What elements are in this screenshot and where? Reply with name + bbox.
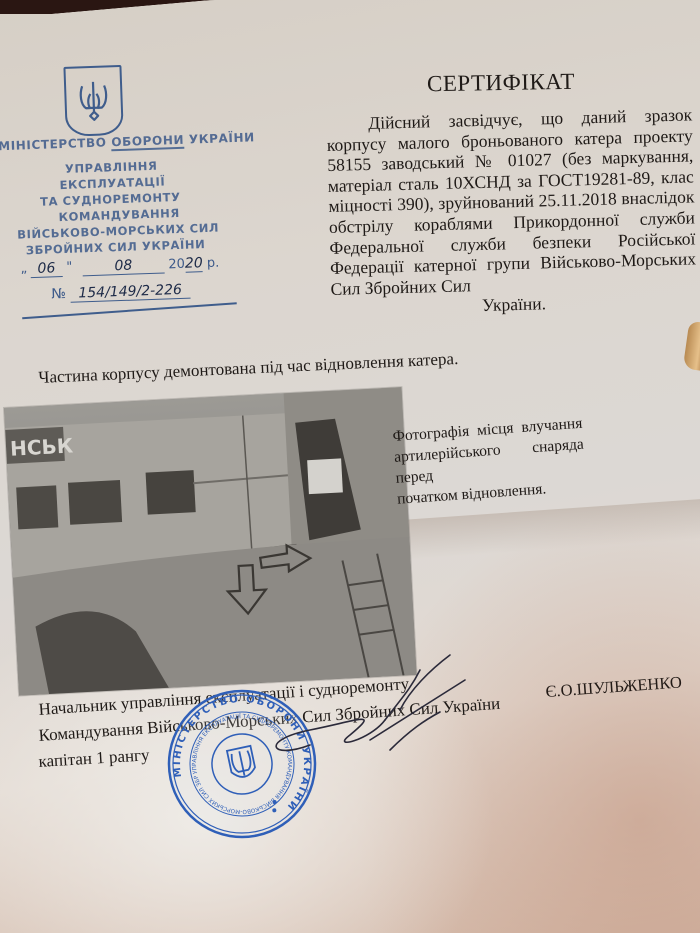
- letterhead-ministry: МІНІСТЕРСТВО ОБОРОНИ УКРАЇНИ: [0, 130, 255, 153]
- date-year-prefix: 20: [168, 257, 185, 273]
- date-year-unit: р.: [207, 256, 220, 271]
- date-year: 2020 р.: [168, 255, 219, 273]
- handwritten-signature: [250, 650, 470, 780]
- paper-fold-shadow: [379, 499, 700, 562]
- signatory-rank: капітан 1 рангу: [38, 745, 150, 772]
- ministry-underlined: ОБОРОНИ: [111, 133, 184, 152]
- certificate-body-text: Дійсний засвідчує, що даний зразок корпу…: [327, 104, 697, 298]
- hull-sign-text: НСЬК: [10, 433, 75, 460]
- finger-holding-paper: [683, 321, 700, 372]
- letterhead-stamp: МІНІСТЕРСТВО ОБОРОНИ УКРАЇНИ УПРАВЛІННЯ …: [0, 58, 245, 336]
- part-note: Частина корпусу демонтована під час відн…: [38, 349, 459, 388]
- date-open-quote: „: [20, 261, 27, 276]
- background-shadow: [0, 0, 220, 14]
- number-value: 154/149/2-226: [70, 282, 190, 303]
- certificate-title: СЕРТИФІКАТ: [427, 69, 575, 98]
- date-year-suffix: 20: [185, 255, 203, 273]
- photo-caption: Фотографія місця влучання артилерійськог…: [392, 413, 587, 510]
- letterhead-underline: [22, 302, 237, 319]
- trident-emblem-icon: [63, 65, 123, 137]
- date-month: 08: [82, 256, 165, 276]
- ministry-suffix: УКРАЇНИ: [189, 130, 255, 146]
- letterhead-line: ЕКСПЛУАТАЦІЇ: [59, 174, 165, 192]
- date-close-quote: ": [66, 260, 73, 275]
- number-label: №: [51, 286, 66, 302]
- letterhead-number: № 154/149/2-226: [51, 282, 190, 303]
- date-day: 06: [30, 260, 63, 278]
- document-paper: МІНІСТЕРСТВО ОБОРОНИ УКРАЇНИ УПРАВЛІННЯ …: [0, 0, 700, 933]
- letterhead-date: „ 06 " 08 2020 р.: [16, 254, 242, 284]
- ministry-prefix: МІНІСТЕРСТВО: [0, 135, 107, 153]
- photo-caption-text: Фотографія місця влучання артилерійськог…: [392, 415, 584, 487]
- letterhead-line: КОМАНДУВАННЯ: [58, 206, 180, 224]
- certificate-body: Дійсний засвідчує, що даний зразок корпу…: [326, 104, 697, 319]
- letterhead-line: УПРАВЛІННЯ: [65, 159, 158, 176]
- signer-name: Є.О.ШУЛЬЖЕНКО: [545, 672, 683, 701]
